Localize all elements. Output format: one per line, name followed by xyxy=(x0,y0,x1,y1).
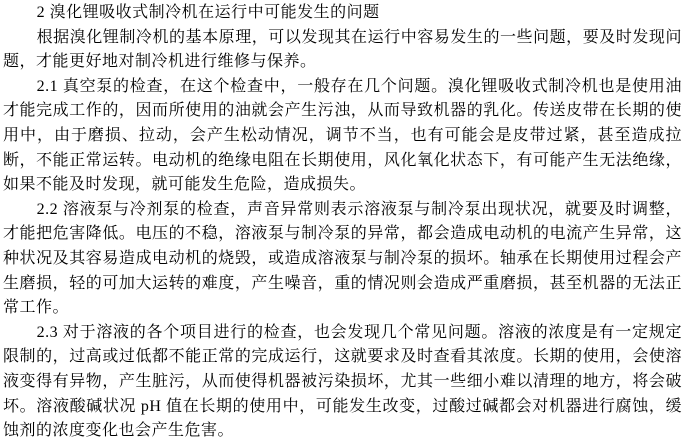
paragraph-2-1-vacuum-pump-check: 2.1 真空泵的检查，在这个检查中，一般存在几个问题。溴化锂吸收式制冷机也是使用… xyxy=(3,75,682,198)
paragraph-intro: 根据溴化锂制冷机的基本原理，可以发现其在运行中容易发生的一些问题，要及时发现问题… xyxy=(3,26,682,75)
section-heading: 2 溴化锂吸收式制冷机在运行中可能发生的问题 xyxy=(3,1,682,26)
paragraph-2-3-solution-items-check: 2.3 对于溶液的各个项目进行的检查，也会发现几个常见问题。溶液的浓度是有一定规… xyxy=(3,321,682,443)
document-page: 2 溴化锂吸收式制冷机在运行中可能发生的问题 根据溴化锂制冷机的基本原理，可以发… xyxy=(0,0,686,443)
paragraph-2-2-solution-refrigerant-pump-check: 2.2 溶液泵与冷剂泵的检查，声音异常则表示溶液泵与制冷泵出现状况，就要及时调整… xyxy=(3,198,682,321)
